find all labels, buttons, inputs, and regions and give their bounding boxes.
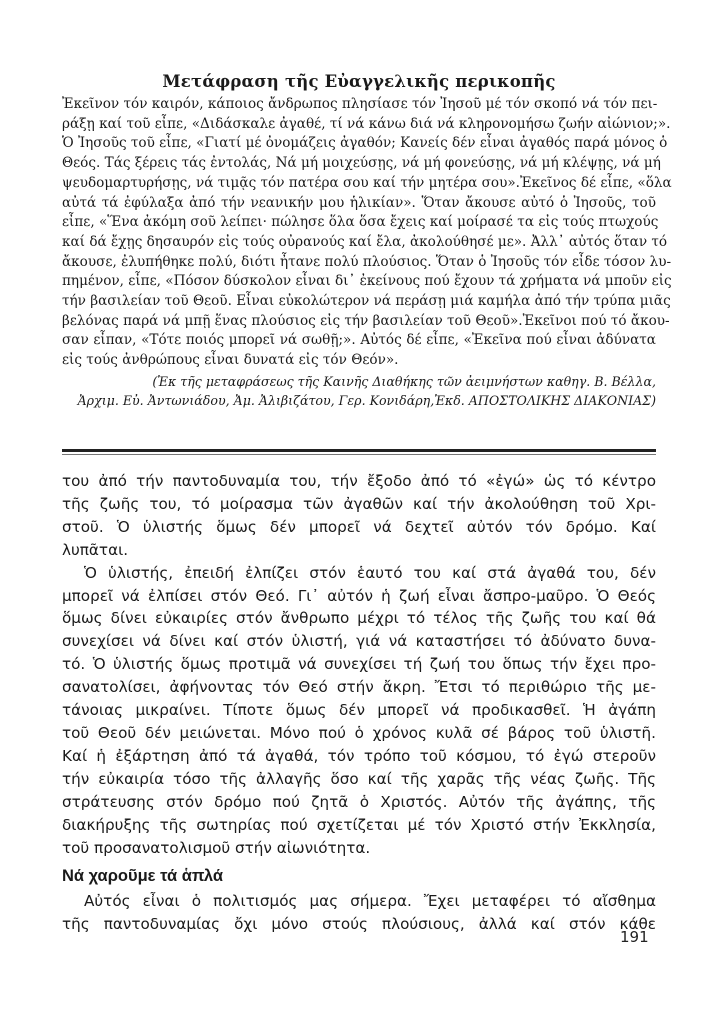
passage-line: σαν εἶπαν, «Τότε ποιός μπορεῖ νά σωθῇ;».… <box>62 331 656 351</box>
paragraph-2: Ὁ ὑλιστής, ἐπειδή ἐλπίζει στόν ἑαυτό του… <box>62 562 656 860</box>
gospel-passage: Ἐκεῖνον τόν καιρόν, κάποιος ἄνδρωπος πλη… <box>62 95 656 371</box>
divider-thin <box>62 454 656 455</box>
text-line: τάνοιας μικραίνει. Τίποτε ὅμως δέν μπορε… <box>62 699 656 722</box>
passage-line: καί δά ἔχῃς δησαυρόν εἰς τούς οὐρανούς κ… <box>62 233 656 253</box>
credit-line: Ἀρχιμ. Εὐ. Ἀντωνιάδου, Ἀμ. Ἀλιβιζάτου, Γ… <box>62 391 656 410</box>
passage-line: εἶπε, «Ἕνα ἀκόμη σοῦ λείπει· πώλησε ὅλα … <box>62 213 656 233</box>
passage-line: ἄκουσε, ἐλυπήθηκε πολύ, διότι ἦτανε πολύ… <box>62 253 656 273</box>
passage-line: τήν βασιλείαν τοῦ Θεοῦ. Εἶναι εὐκολώτερο… <box>62 292 656 312</box>
paragraph-1: του ἀπό τήν παντοδυναμία του, τήν ἔξοδο … <box>62 470 656 562</box>
passage-line: βελόνας παρά νά μπῇ ἕνας πλούσιος εἰς τή… <box>62 312 656 332</box>
passage-line: Θεός. Τάς ξέρεις τάς ἐντολάς, Νά μή μοιχ… <box>62 154 656 174</box>
text-line: τοῦ Θεοῦ δέν μειώνεται. Μόνο πού ὁ χρόνο… <box>62 722 656 745</box>
text-line: Αὐτός εἶναι ὁ πολιτισμός μας σήμερα. Ἔχε… <box>62 890 656 913</box>
passage-line: πημένον, εἶπε, «Πόσον δύσκολον εἶναι δι᾽… <box>62 272 656 292</box>
section-heading: Νά χαροῦμε τά ἁπλά <box>62 865 656 887</box>
text-line: Ὁ ὑλιστής, ἐπειδή ἐλπίζει στόν ἑαυτό του… <box>62 562 656 585</box>
text-line: ὅμως δίνει εὐκαιρίες στόν ἄνθρωπο μέχρι … <box>62 607 656 630</box>
paragraph-3: Αὐτός εἶναι ὁ πολιτισμός μας σήμερα. Ἔχε… <box>62 890 656 936</box>
text-line: τήν εὐκαιρία τόσο τῆς ἀλλαγῆς ὅσο καί τῆ… <box>62 768 656 791</box>
main-text: του ἀπό τήν παντοδυναμία του, τήν ἔξοδο … <box>62 470 656 936</box>
text-line: τῆς ζωῆς του, τό μοίρασμα τῶν ἀγαθῶν καί… <box>62 493 656 516</box>
text-line: διακήρυξης τῆς σωτηρίας πού σχετίζεται μ… <box>62 814 656 837</box>
box-title: Μετάφραση τῆς Εὐαγγελικῆς περικοπῆς <box>62 72 656 91</box>
text-line: μπορεῖ νά ἐλπίσει στόν Θεό. Γι᾽ αὐτόν ἡ … <box>62 585 656 608</box>
text-line: συνεχίσει νά δίνει καί στόν ὑλιστή, γιά … <box>62 630 656 653</box>
text-line: λυπᾶται. <box>62 539 656 562</box>
text-line: στοῦ. Ὁ ὑλιστής ὅμως δέν μπορεῖ νά δεχτε… <box>62 516 656 539</box>
passage-line: εἰς τούς ἀνθρώπους εἶναι δυνατά εἰς τόν … <box>62 351 656 371</box>
passage-line: Ὁ Ἰησοῦς τοῦ εἶπε, «Γιατί μέ ὀνομάζεις ἀ… <box>62 134 656 154</box>
divider-thick <box>62 449 656 452</box>
passage-line: ράξῃ καί τοῦ εἶπε, «Διδάσκαλε ἀγαθέ, τί … <box>62 115 656 135</box>
credit-line: (Ἐκ τῆς μεταφράσεως τῆς Καινῆς Διαθήκης … <box>62 372 656 391</box>
page-number: 191 <box>620 928 649 946</box>
passage-line: Ἐκεῖνον τόν καιρόν, κάποιος ἄνδρωπος πλη… <box>62 95 656 115</box>
passage-line: αὐτά τά ἐφύλαξα ἀπό τήν νεανικήν μου ἡλι… <box>62 194 656 214</box>
passage-line: ψευδομαρτυρήσῃς, νά τιμᾷς τόν πατέρα σου… <box>62 174 656 194</box>
text-line: του ἀπό τήν παντοδυναμία του, τήν ἔξοδο … <box>62 470 656 493</box>
text-line: σανατολίσει, ἀφήνοντας τόν Θεό στήν ἄκρη… <box>62 676 656 699</box>
text-line: τό. Ὁ ὑλιστής ὅμως προτιμᾶ νά συνεχίσει … <box>62 653 656 676</box>
gospel-translation-box: Μετάφραση τῆς Εὐαγγελικῆς περικοπῆς Ἐκεῖ… <box>62 72 656 410</box>
text-line: στράτευσης στόν δρόμο πού ζητᾶ ὁ Χριστός… <box>62 791 656 814</box>
book-page: Μετάφραση τῆς Εὐαγγελικῆς περικοπῆς Ἐκεῖ… <box>0 0 716 1024</box>
text-line: τοῦ προσανατολισμοῦ στήν αἰωνιότητα. <box>62 837 656 860</box>
text-line: Καί ἡ ἐξάρτηση ἀπό τά ἀγαθά, τόν τρόπο τ… <box>62 745 656 768</box>
text-line: τῆς παντοδυναμίας ὄχι μόνο στούς πλούσιο… <box>62 913 656 936</box>
translation-credit: (Ἐκ τῆς μεταφράσεως τῆς Καινῆς Διαθήκης … <box>62 372 656 410</box>
